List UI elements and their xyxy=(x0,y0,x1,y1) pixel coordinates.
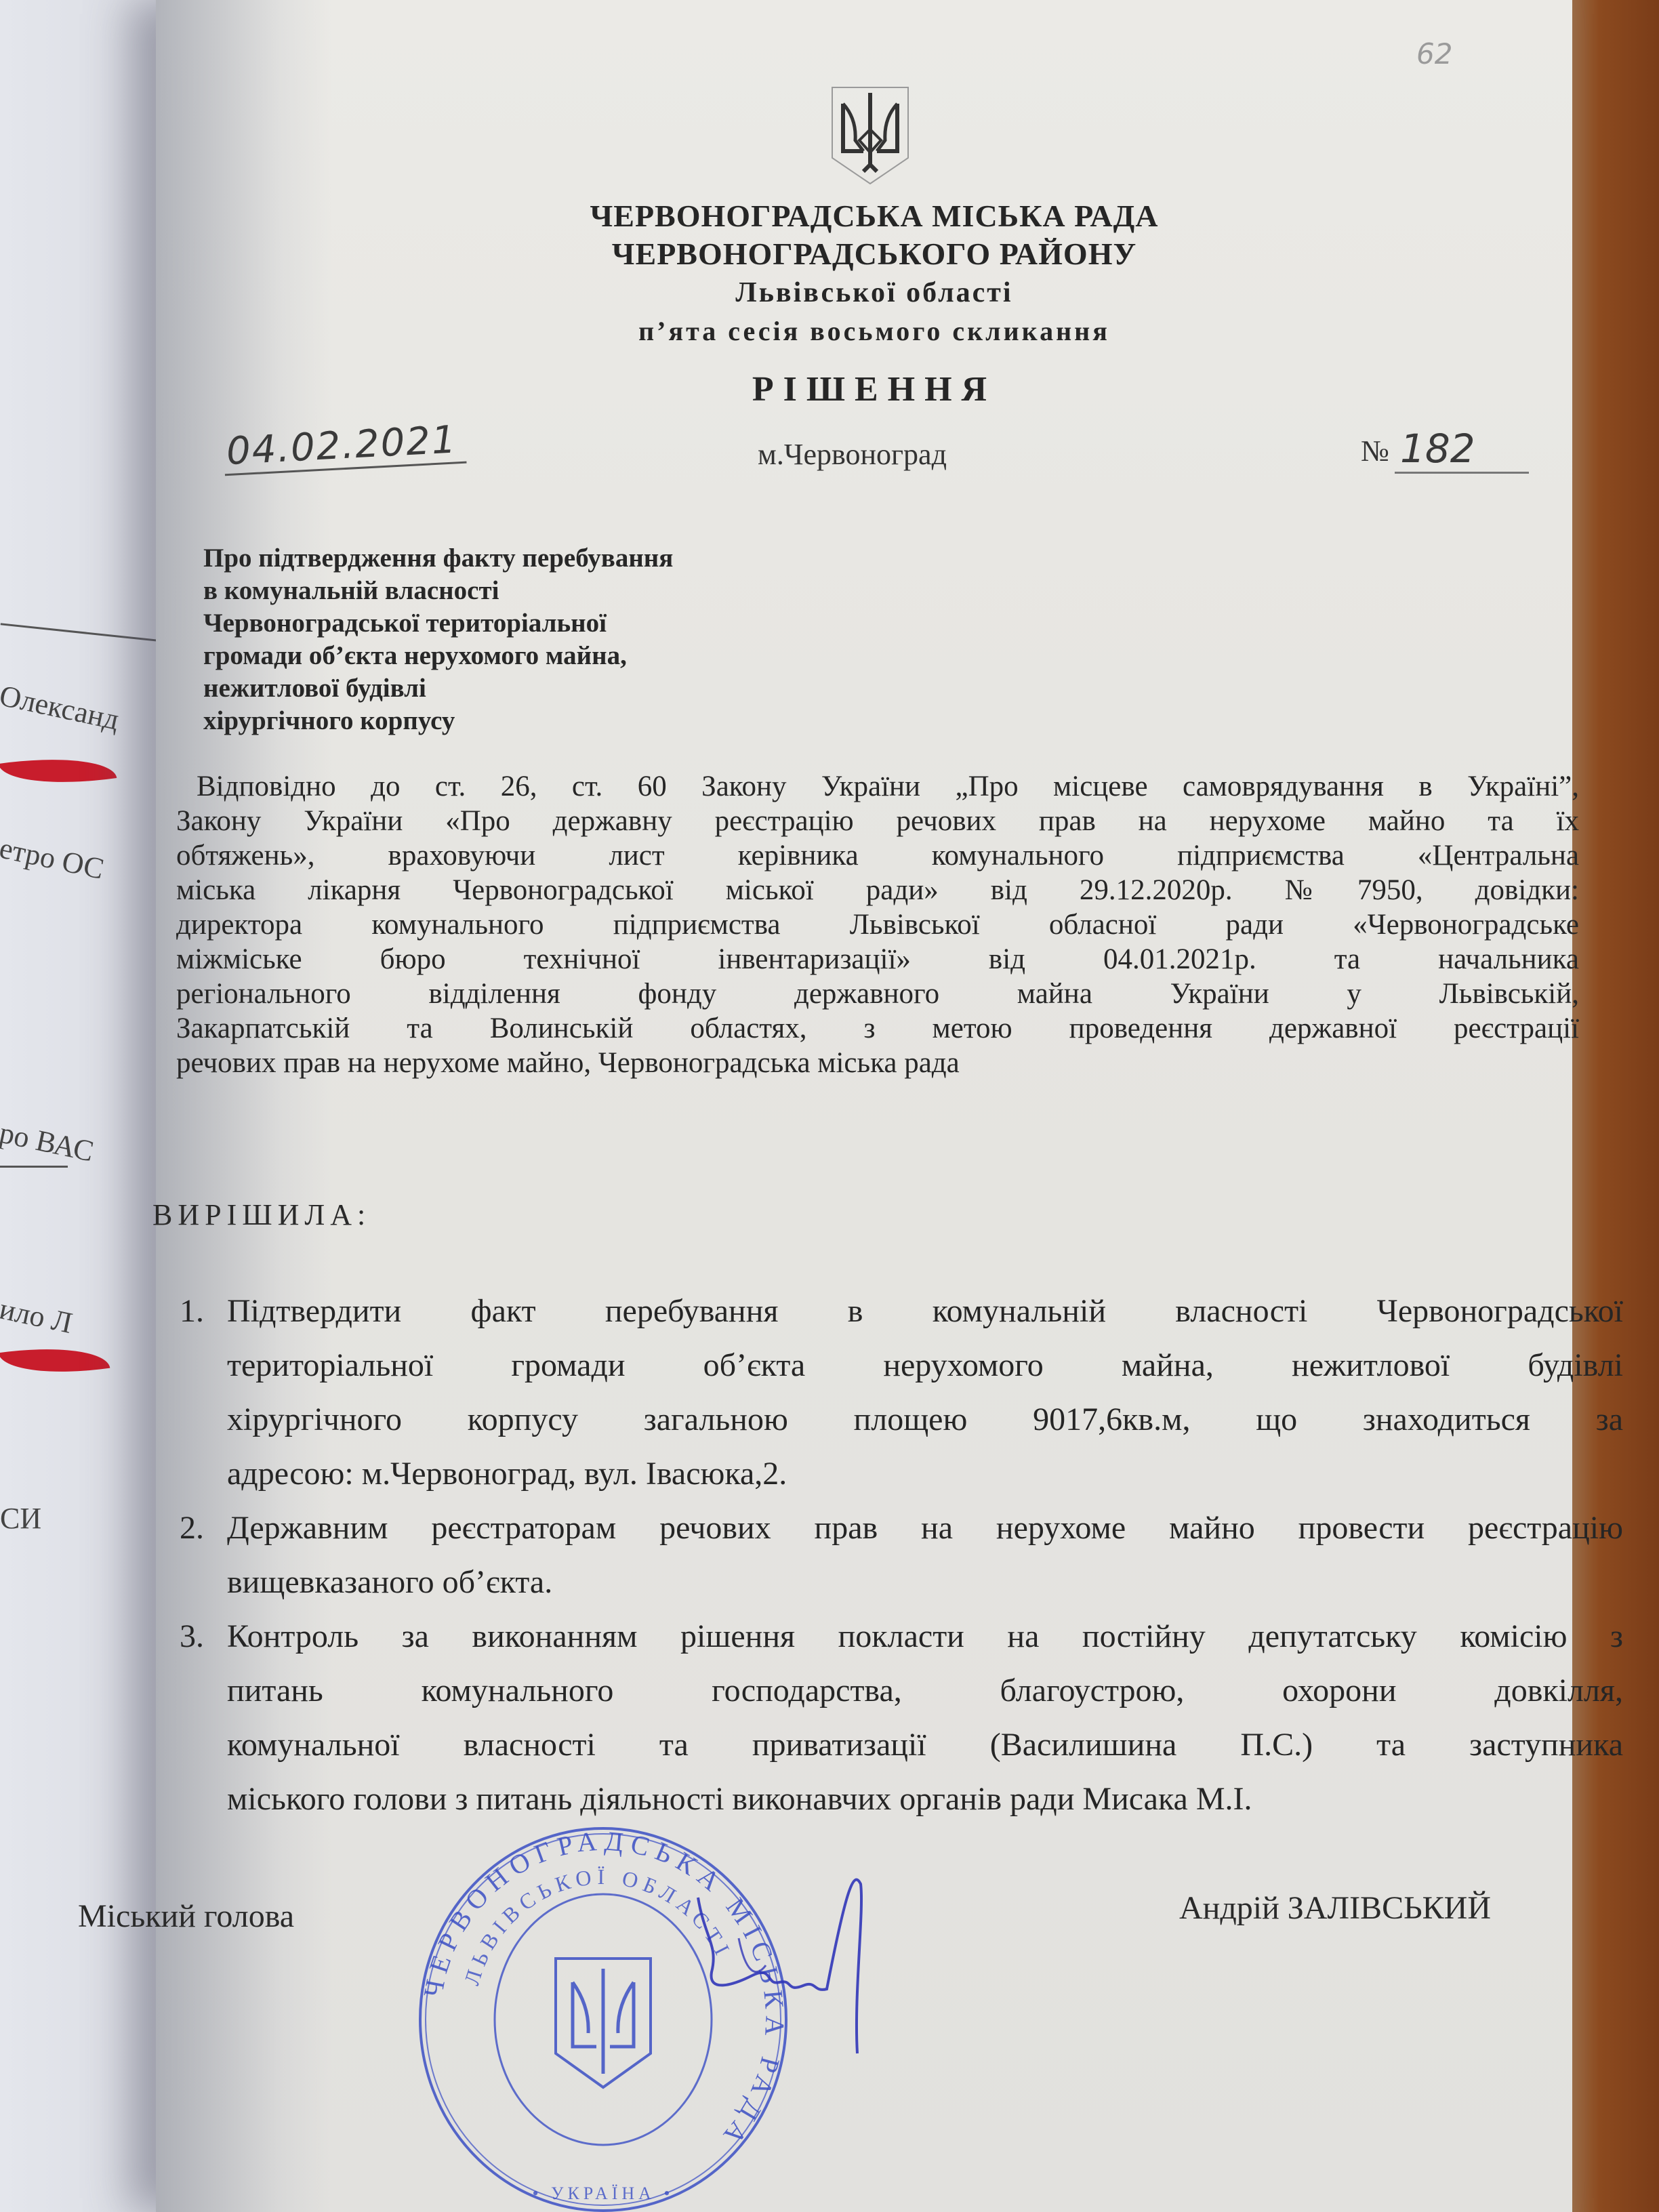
decision-number: 182 xyxy=(1395,426,1529,474)
session-name: п’ята сесія восьмого скликання xyxy=(474,315,1274,347)
resolved-heading: ВИРІШИЛА: xyxy=(152,1197,371,1232)
preamble-line: Закарпатській та Волинській областях, з … xyxy=(176,1011,1579,1046)
item-number: 1. xyxy=(180,1284,204,1338)
resolution-items: 1. Підтвердити факт перебування в комуна… xyxy=(180,1284,1623,1826)
mayor-name: Андрій ЗАЛІВСЬКИЙ xyxy=(1179,1889,1491,1927)
page-number: 62 xyxy=(1416,37,1452,70)
preamble-line: міжміське бюро технічної інвентаризації»… xyxy=(176,942,1579,977)
preamble-line: Відповідно до ст. 26, ст. 60 Закону Укра… xyxy=(176,769,1579,804)
red-mark xyxy=(0,1338,110,1383)
item-line: територіальної громади об’єкта нерухомог… xyxy=(227,1338,1623,1393)
underlying-text-fragment: СИ xyxy=(0,1501,41,1536)
underlying-text-fragment: ило Л xyxy=(0,1292,75,1340)
resolution-item: 2. Державним реєстраторам речових прав н… xyxy=(180,1501,1623,1610)
item-line: Державним реєстраторам речових прав на н… xyxy=(227,1501,1623,1555)
decision-subject: Про підтвердження факту перебування в ко… xyxy=(203,542,673,737)
item-line: Підтвердити факт перебування в комунальн… xyxy=(227,1284,1623,1338)
item-line: вищевказаного об’єкта. xyxy=(227,1555,1623,1610)
number-label: № xyxy=(1361,434,1389,468)
preamble-line: регіонального відділення фонду державног… xyxy=(176,977,1579,1011)
preamble-line: міська лікарня Червоноградської міської … xyxy=(176,873,1579,907)
item-line: хірургічного корпусу загальною площею 90… xyxy=(227,1393,1623,1447)
subject-line: громади об’єкта нерухомого майна, xyxy=(203,640,673,672)
underline-rule xyxy=(0,1166,68,1168)
preamble-line: Закону України «Про державну реєстрацію … xyxy=(176,804,1579,838)
item-line: Контроль за виконанням рішення покласти … xyxy=(227,1610,1623,1664)
document-type-title: РІШЕННЯ xyxy=(474,369,1274,409)
item-line: комунальної власності та приватизації (В… xyxy=(227,1718,1623,1772)
underlying-text-fragment: Олександ xyxy=(0,678,122,737)
preamble-line: речових прав на нерухоме майно, Червоног… xyxy=(176,1046,1579,1080)
district-name: ЧЕРВОНОГРАДСЬКОГО РАЙОНУ xyxy=(474,236,1274,272)
resolution-item: 1. Підтвердити факт перебування в комуна… xyxy=(180,1284,1623,1501)
subject-line: нежитлової будівлі xyxy=(203,672,673,705)
underlying-text-fragment: етро ОС xyxy=(0,831,107,886)
underlying-text-fragment: ро ВАС xyxy=(0,1115,97,1169)
city-name: м.Червоноград xyxy=(758,437,947,472)
item-line: міського голови з питань діяльності вико… xyxy=(227,1772,1623,1826)
trident-coat-of-arms-icon xyxy=(828,85,912,186)
item-number: 2. xyxy=(180,1501,204,1555)
handwritten-signature xyxy=(678,1857,901,2060)
item-line: адресою: м.Червоноград, вул. Івасюка,2. xyxy=(227,1447,1623,1501)
subject-line: Про підтвердження факту перебування xyxy=(203,542,673,575)
item-number: 3. xyxy=(180,1610,204,1664)
preamble-line: обтяжень», враховуючи лист керівника ком… xyxy=(176,838,1579,873)
subject-line: в комунальній власності xyxy=(203,575,673,607)
preamble-line: директора комунального підприємства Льві… xyxy=(176,907,1579,942)
subject-line: хірургічного корпусу xyxy=(203,705,673,737)
red-mark xyxy=(0,747,117,794)
subject-line: Червоноградської територіальної xyxy=(203,607,673,640)
svg-text:• УКРАЇНА •: • УКРАЇНА • xyxy=(532,2184,674,2203)
resolution-item: 3. Контроль за виконанням рішення поклас… xyxy=(180,1610,1623,1826)
mayor-title: Міський голова xyxy=(78,1898,294,1935)
region-name: Львівської області xyxy=(474,276,1274,309)
item-line: питань комунального господарства, благоу… xyxy=(227,1664,1623,1718)
preamble-paragraph: Відповідно до ст. 26, ст. 60 Закону Укра… xyxy=(176,769,1579,1080)
council-name: ЧЕРВОНОГРАДСЬКА МІСЬКА РАДА xyxy=(474,198,1274,234)
